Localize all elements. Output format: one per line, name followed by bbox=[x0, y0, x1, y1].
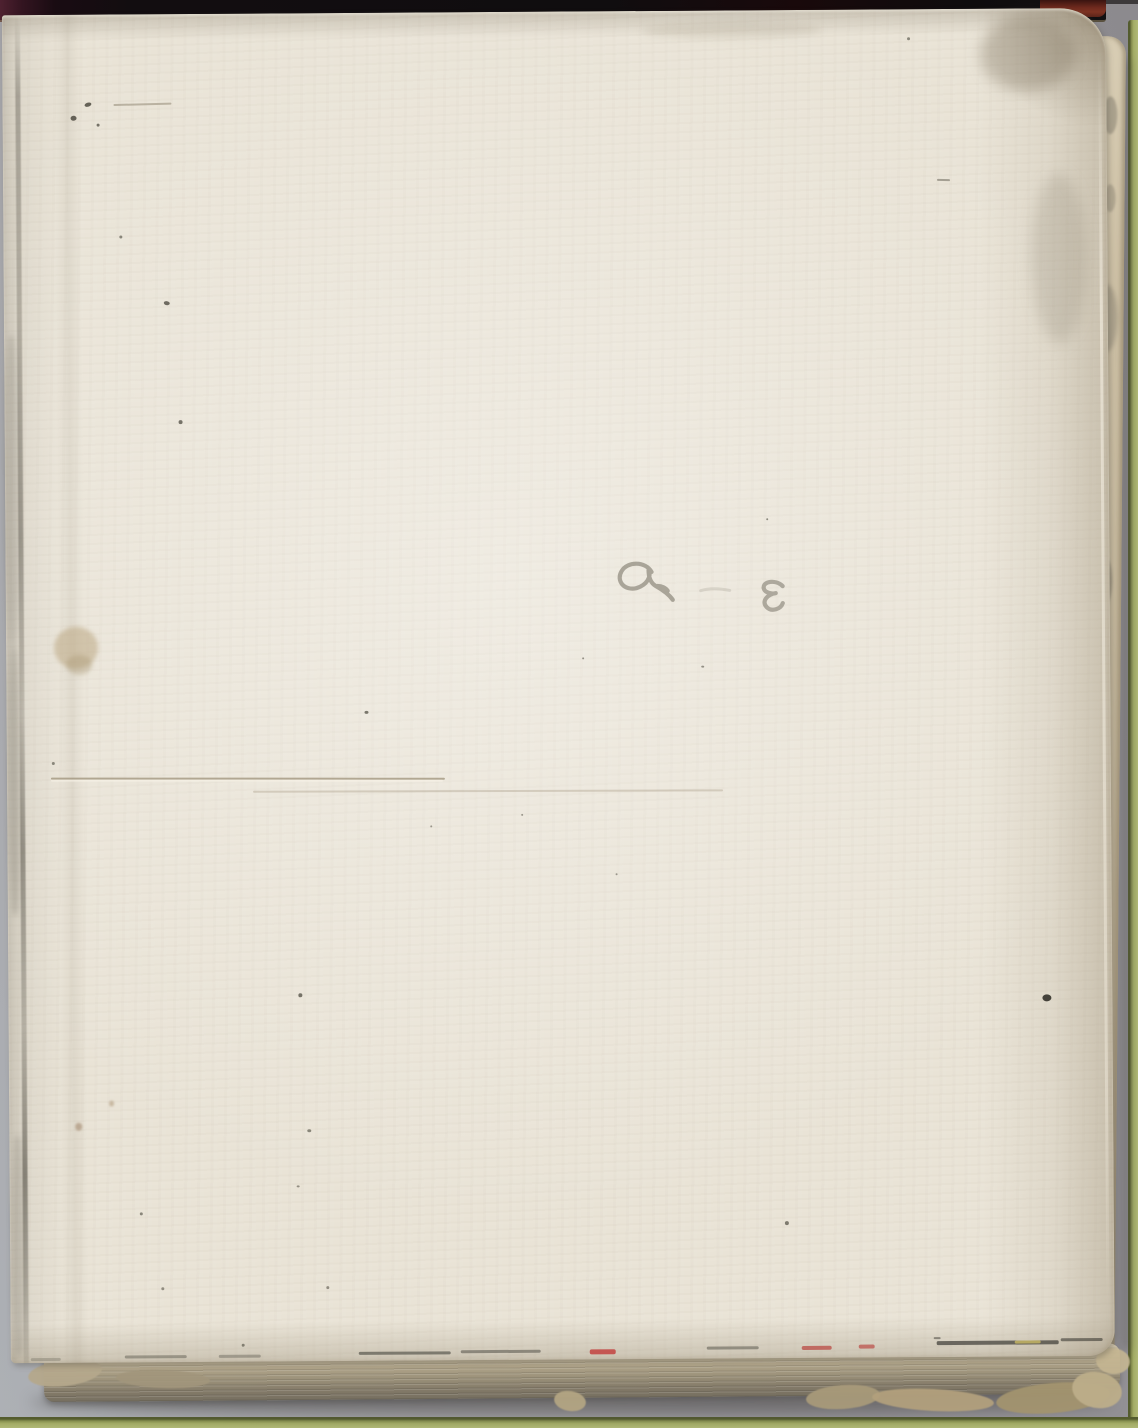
paper-speck bbox=[97, 124, 100, 127]
paper-speck bbox=[430, 825, 432, 827]
paper-speck bbox=[521, 814, 523, 816]
page-edge-mark bbox=[590, 1349, 616, 1354]
paper-speck bbox=[298, 993, 302, 997]
paper-speck bbox=[701, 666, 704, 668]
paper-marks-layer bbox=[2, 8, 1115, 1363]
paper-smudge bbox=[1031, 173, 1087, 343]
paper-speck bbox=[163, 301, 170, 306]
ink-flourish-mark bbox=[620, 563, 673, 600]
cover-edge-tail bbox=[1106, 0, 1138, 4]
paper-speck bbox=[307, 1129, 311, 1132]
paper-speck bbox=[242, 1344, 245, 1347]
page-edge-mark bbox=[461, 1350, 541, 1354]
paper-speck bbox=[119, 235, 122, 238]
paper-speck bbox=[934, 1337, 941, 1339]
handwriting-ink-marks bbox=[605, 551, 806, 632]
paper-speck bbox=[1042, 994, 1051, 1001]
scanned-book-page bbox=[0, 0, 1138, 1428]
paper-smudge bbox=[109, 1101, 114, 1107]
scanner-edge-strip-bottom bbox=[0, 1417, 1138, 1428]
ink-smear-mark bbox=[701, 589, 730, 591]
page-edge-mark bbox=[937, 1340, 1059, 1345]
paper-speck bbox=[84, 102, 92, 108]
page-fold-band bbox=[54, 15, 89, 1363]
paper-speck bbox=[326, 1286, 329, 1289]
paper-speck bbox=[161, 1287, 164, 1290]
page-edge-mark bbox=[219, 1355, 261, 1358]
page-edge-mark bbox=[859, 1345, 875, 1349]
blank-book-page bbox=[2, 8, 1115, 1363]
paper-crease bbox=[51, 780, 443, 782]
paper-crease bbox=[113, 103, 171, 106]
paper-speck bbox=[179, 420, 183, 424]
page-edge-mark bbox=[125, 1355, 187, 1358]
page-edge-mark bbox=[1061, 1338, 1103, 1341]
paper-crease bbox=[253, 789, 723, 792]
gutter-fold-line bbox=[15, 15, 29, 1363]
page-edge-mark bbox=[31, 1358, 61, 1361]
paper-speck bbox=[766, 518, 768, 520]
page-edge-mark bbox=[802, 1346, 832, 1350]
paper-crease bbox=[937, 179, 950, 181]
page-edge-mark bbox=[359, 1351, 451, 1355]
paper-speck bbox=[907, 37, 910, 40]
paper-speck bbox=[52, 762, 55, 765]
paper-speck bbox=[616, 873, 618, 875]
paper-speck bbox=[140, 1212, 143, 1215]
paper-speck bbox=[582, 657, 584, 659]
paper-speck bbox=[364, 711, 368, 714]
paper-smudge bbox=[642, 22, 822, 39]
page-edge-mark bbox=[1015, 1340, 1041, 1343]
paper-speck bbox=[297, 1185, 300, 1187]
paper-speck bbox=[785, 1221, 789, 1225]
paper-smudge bbox=[980, 16, 1075, 92]
page-edge-mark bbox=[707, 1346, 759, 1349]
paper-crease bbox=[51, 778, 445, 780]
ink-curl-mark bbox=[764, 582, 783, 610]
